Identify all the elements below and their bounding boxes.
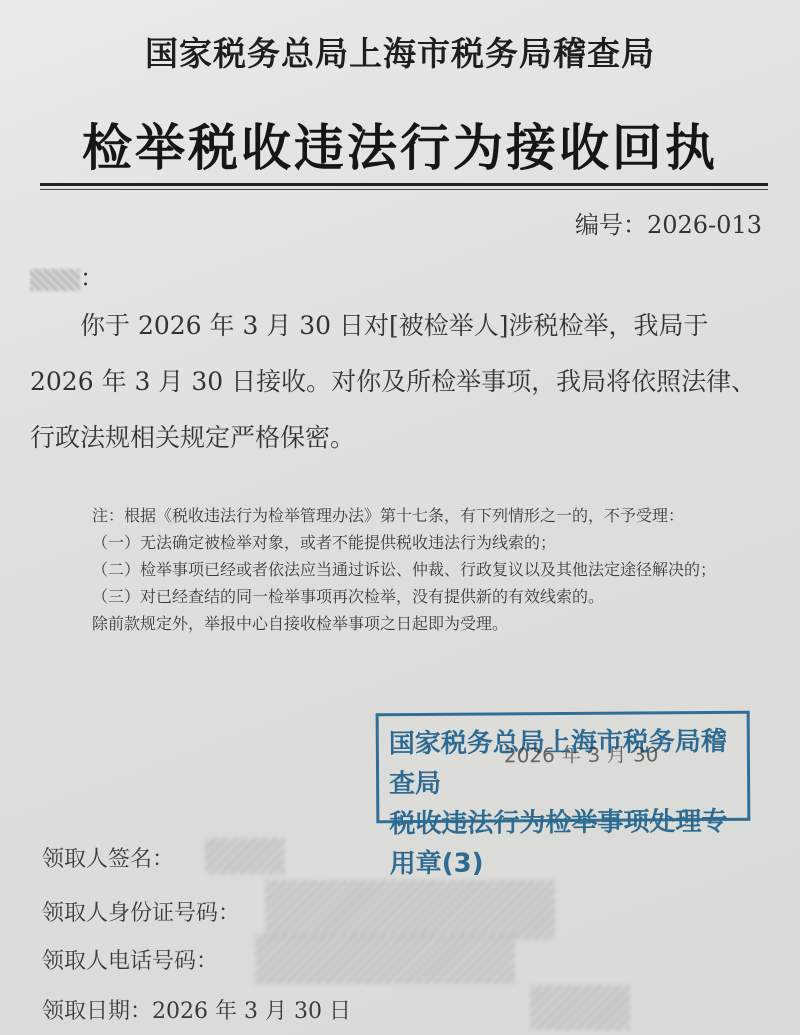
redacted-phone	[255, 934, 515, 984]
redacted-id-number	[265, 880, 555, 940]
note-item: （一）无法确定被检举对象，或者不能提供税收违法行为线索的；	[30, 529, 775, 556]
id-number-label: 领取人身份证号码：	[42, 901, 240, 926]
note-item: （二）检举事项已经或者依法应当通过诉讼、仲裁、行政复议以及其他法定途径解决的；	[30, 556, 775, 583]
document-number: 编号：2026-013	[575, 205, 762, 240]
signature-field: 领取人签名：	[42, 842, 174, 873]
header-rule-thin	[40, 189, 768, 190]
receipt-paragraph: 你于 2026 年 3 月 30 日对[被检举人]涉税检举，我局于 2026 年…	[30, 298, 775, 466]
official-seal-stamp: 国家税务总局上海市税务局稽查局 税收违法行为检举事项处理专用章(3) 2026 …	[376, 711, 751, 824]
note-closing: 除前款规定外，举报中心自接收检举事项之日起即为受理。	[30, 610, 775, 637]
phone-field: 领取人电话号码：	[42, 944, 218, 975]
redacted-signature	[205, 838, 285, 874]
date-label: 领取日期：	[42, 999, 152, 1024]
date-value: 2026 年 3 月 30 日	[152, 999, 351, 1024]
note-intro: 注：根据《税收违法行为检举管理办法》第十七条，有下列情形之一的，不予受理：	[30, 502, 775, 529]
header-rule-thick	[40, 183, 768, 186]
stamp-line-2: 税收违法行为检举事项处理专用章(3)	[389, 802, 738, 884]
note-item: （三）对已经查结的同一检举事项再次检举，没有提供新的有效线索的。	[30, 583, 775, 610]
receipt-body: 你于 2026 年 3 月 30 日对[被检举人]涉税检举，我局于 2026 年…	[30, 298, 775, 466]
issuing-organization: 国家税务总局上海市税务局稽查局	[0, 28, 800, 75]
salutation-suffix: ：	[80, 264, 104, 292]
date-field: 领取日期：2026 年 3 月 30 日	[42, 994, 351, 1025]
legal-note: 注：根据《税收违法行为检举管理办法》第十七条，有下列情形之一的，不予受理： （一…	[30, 502, 775, 637]
stamp-date-overlay: 2026 年 3 月 30	[504, 734, 659, 775]
salutation: ：	[30, 258, 104, 293]
phone-label: 领取人电话号码：	[42, 949, 218, 974]
id-number-field: 领取人身份证号码：	[42, 896, 240, 927]
signature-label: 领取人签名：	[42, 847, 174, 872]
document-title: 检举税收违法行为接收回执	[0, 108, 800, 180]
redacted-recipient-name	[30, 269, 80, 291]
redacted-extra	[530, 985, 630, 1030]
